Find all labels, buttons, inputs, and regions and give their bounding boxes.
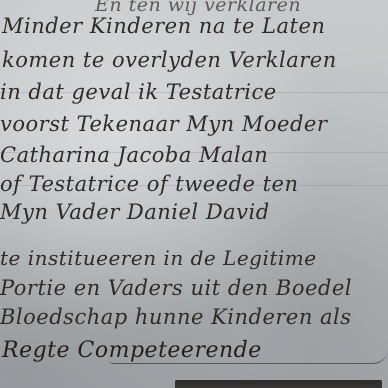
handwritten-line-7: of Testatrice of tweede ten: [0, 172, 299, 196]
handwritten-line-2: Minder Kinderen na te Laten: [2, 14, 325, 38]
handwritten-line-9: te institueeren in de Legitime: [0, 246, 317, 270]
ink-flourish-underline: [110, 349, 388, 364]
handwritten-line-6: Catharina Jacoba Malan: [0, 143, 268, 167]
dark-shadow-edge: [175, 380, 382, 388]
handwritten-line-3: komen te overlyden Verklaren: [2, 48, 337, 72]
handwritten-line-10: Portie en Vaders uit den Boedel: [0, 276, 352, 300]
handwritten-line-5: voorst Tekenaar Myn Moeder: [0, 112, 327, 136]
handwritten-line-11: Bloedschap hunne Kinderen als: [0, 305, 352, 329]
handwritten-line-4: in dat geval ik Testatrice: [0, 80, 277, 104]
handwritten-line-8: Myn Vader Daniel David: [0, 200, 270, 224]
